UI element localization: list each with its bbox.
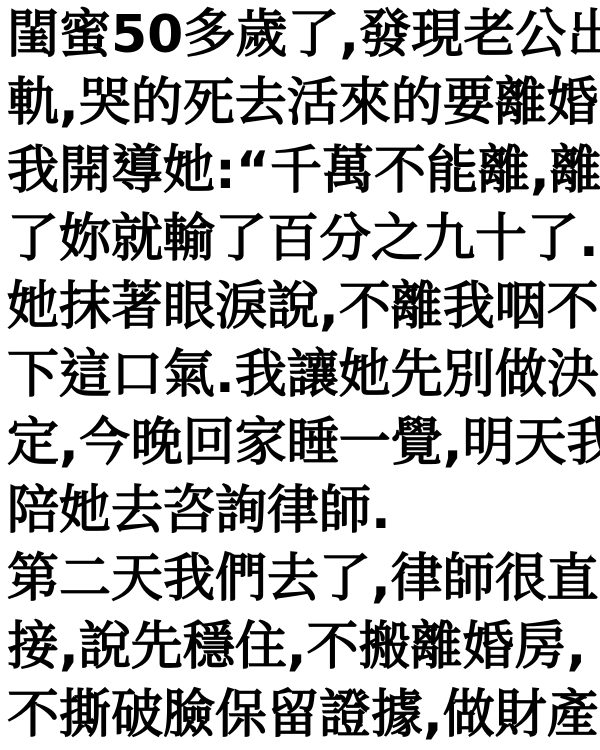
text-line: 不撕破臉保留證據,做財產 — [7, 681, 600, 749]
text-line: 下這口氣.我讓她先別做決 — [7, 341, 600, 409]
text-line: 軌,哭的死去活來的要離婚. — [7, 69, 600, 137]
text-line: 我開導她:“千萬不能離,離 — [7, 137, 600, 205]
text-image-post: 閨蜜50多歲了,發現老公出 軌,哭的死去活來的要離婚. 我開導她:“千萬不能離,… — [0, 0, 600, 750]
text-line: 了妳就輸了百分之九十了. — [7, 205, 600, 273]
text-line: 定,今晚回家睡一覺,明天我 — [7, 409, 600, 477]
text-line: 第二天我們去了,律師很直 — [7, 545, 600, 613]
text-line: 閨蜜50多歲了,發現老公出 — [7, 1, 600, 69]
text-line: 陪她去咨詢律師. — [7, 477, 600, 545]
text-line: 她抹著眼淚說,不離我咽不 — [7, 273, 600, 341]
text-line: 接,說先穩住,不搬離婚房, — [7, 613, 600, 681]
